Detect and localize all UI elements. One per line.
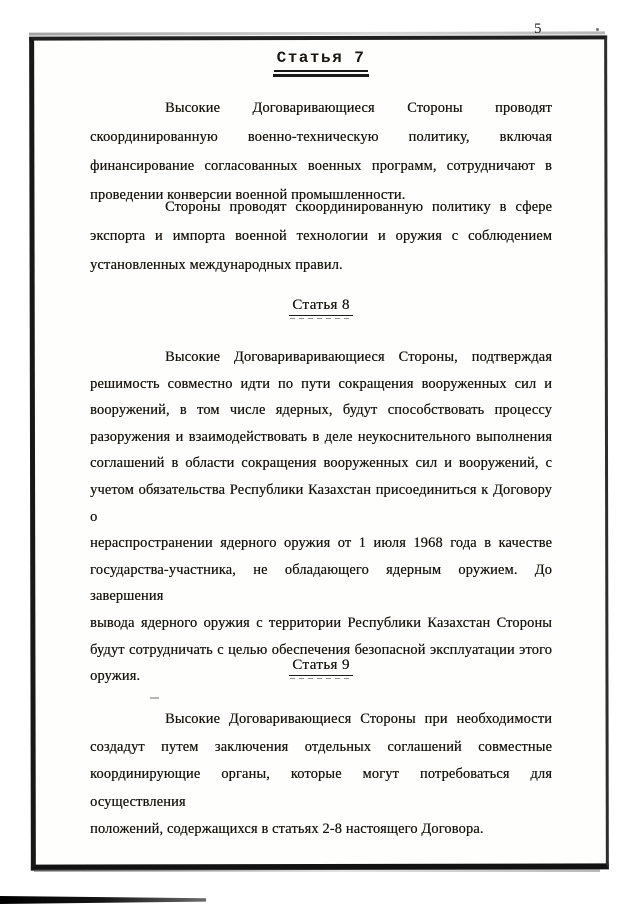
text-line: Высокие Договаривающиеся Стороны проводя… [90,94,552,123]
article-7-paragraph-2: Стороны проводят скоординированную полит… [90,193,552,280]
text-line: учетом обязательства Республики Казахста… [90,477,552,530]
article-8-title: Статья 8 [289,297,353,316]
text-line: положений, содержащихся в статьях 2-8 на… [90,816,552,844]
text-line: создадут путем заключения отдельных согл… [90,734,552,762]
text-line: нераспространении ядерного оружия от 1 и… [90,530,552,557]
text-line: Высокие Договаривающиеся Стороны при нео… [90,706,552,734]
scan-artifact-bar [0,896,206,904]
text-line: вывода ядерного оружия с территории Респ… [90,610,552,637]
text-line: соглашений в области сокращения вооружен… [90,450,552,477]
text-line: координирующие органы, которые могут пот… [90,761,552,816]
page-number: 5 [534,21,542,38]
text-line: экспорта и импорта военной технологии и … [90,222,552,251]
text-line: скоординированную военно-техническую пол… [90,123,552,152]
scanned-document-page: { "document": { "page_number": "5", "art… [0,0,640,905]
article-8-paragraph-1: Высокие Договариваривающиеся Стороны, по… [90,344,552,690]
text-line: разоружения и взаимодействовать в деле н… [90,424,552,451]
scan-smudge-bottom [34,869,600,872]
scan-dot-artifact [596,28,599,31]
text-line: Стороны проводят скоординированную полит… [90,193,552,222]
text-line: государства-участника, не обладающего яд… [90,557,552,610]
text-line: финансирование согласованных военных про… [90,152,552,181]
article-9-heading: Статья 9 [90,656,552,676]
text-line: установленных международных правил. [90,251,552,280]
article-7-heading: Статья 7 [90,49,552,72]
scan-dash-artifact [150,697,159,699]
article-9-paragraph-1: Высокие Договаривающиеся Стороны при нео… [90,706,552,844]
text-line: Высокие Договариваривающиеся Стороны, по… [90,344,552,371]
article-9-title: Статья 9 [289,657,353,676]
article-7-title: Статья 7 [274,49,369,72]
text-line: вооружений, в том числе ядерных, будут с… [90,397,552,424]
text-line: решимость совместно идти по пути сокраще… [90,371,552,398]
article-8-heading: Статья 8 [90,296,552,316]
